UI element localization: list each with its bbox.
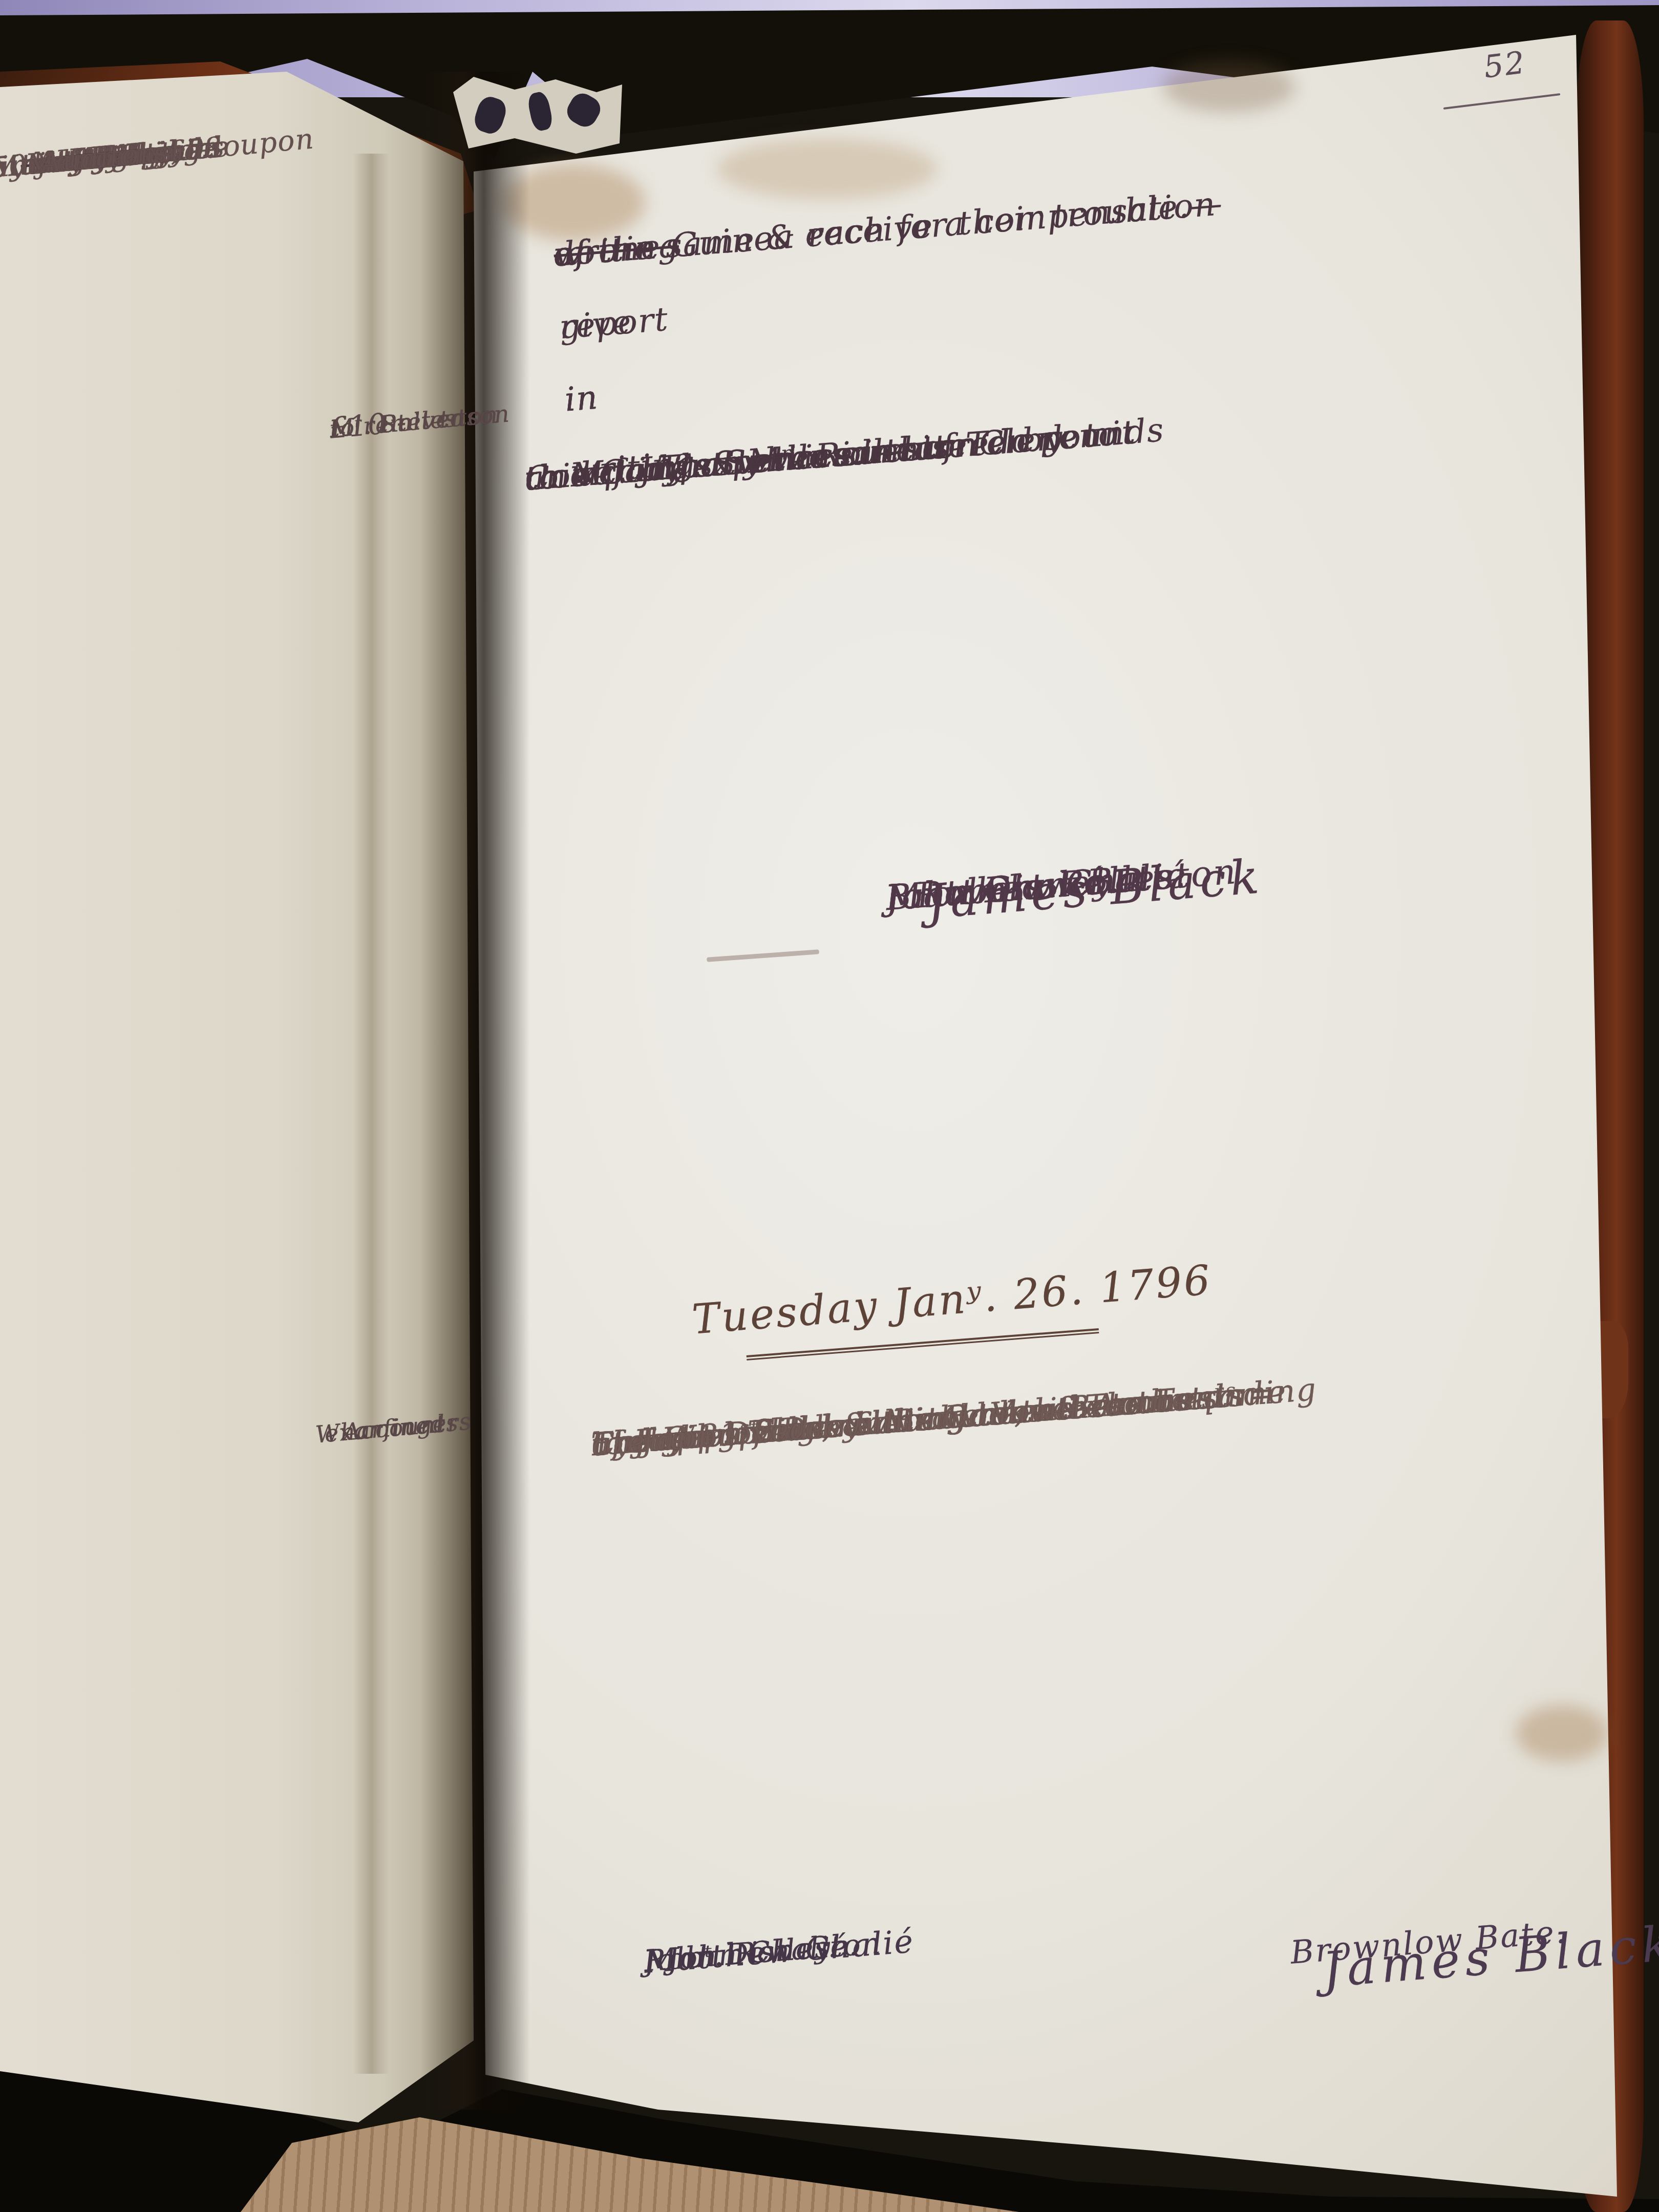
signature-block-1: John Disney. John Chalié. Brownlow Bate.… [883, 812, 1598, 867]
manuscript-line: are approved by this Committee [589, 1372, 1126, 1478]
minute-paragraph-wharfingers: The Wharfingers Account, the outstanding… [589, 1326, 1659, 1413]
book-gutter-shadow [420, 72, 530, 2110]
manuscript-body: do give in writing a report in writing o… [499, 60, 1659, 2168]
signature-block-2-right: Brownlow Bate. James Black [1289, 1897, 1659, 1934]
page-number: 52 [1482, 45, 1528, 86]
ink-mark [472, 94, 509, 137]
minute-paragraph-opening: do give in writing a report in writing o… [551, 137, 1623, 219]
signature: Matthew Chalié [642, 1914, 916, 1988]
signature: James Black [883, 838, 1265, 944]
manuscript-photo: upon made as 3 Cap 60. thought legal by … [0, 0, 1659, 2212]
date-heading: Tuesday Janʸ. 26. 1796 [690, 1229, 1562, 1344]
ink-mark [526, 91, 555, 133]
manuscript-line: of one Guinea each for their trouble.— [551, 167, 1226, 291]
margin-note-line: £10 - [328, 398, 409, 454]
left-page [0, 0, 492, 2212]
ink-mark [563, 89, 605, 131]
signature-block-2-left: John Disney. John Chalié. Robᵗ. Rollesto… [642, 1888, 1254, 1935]
